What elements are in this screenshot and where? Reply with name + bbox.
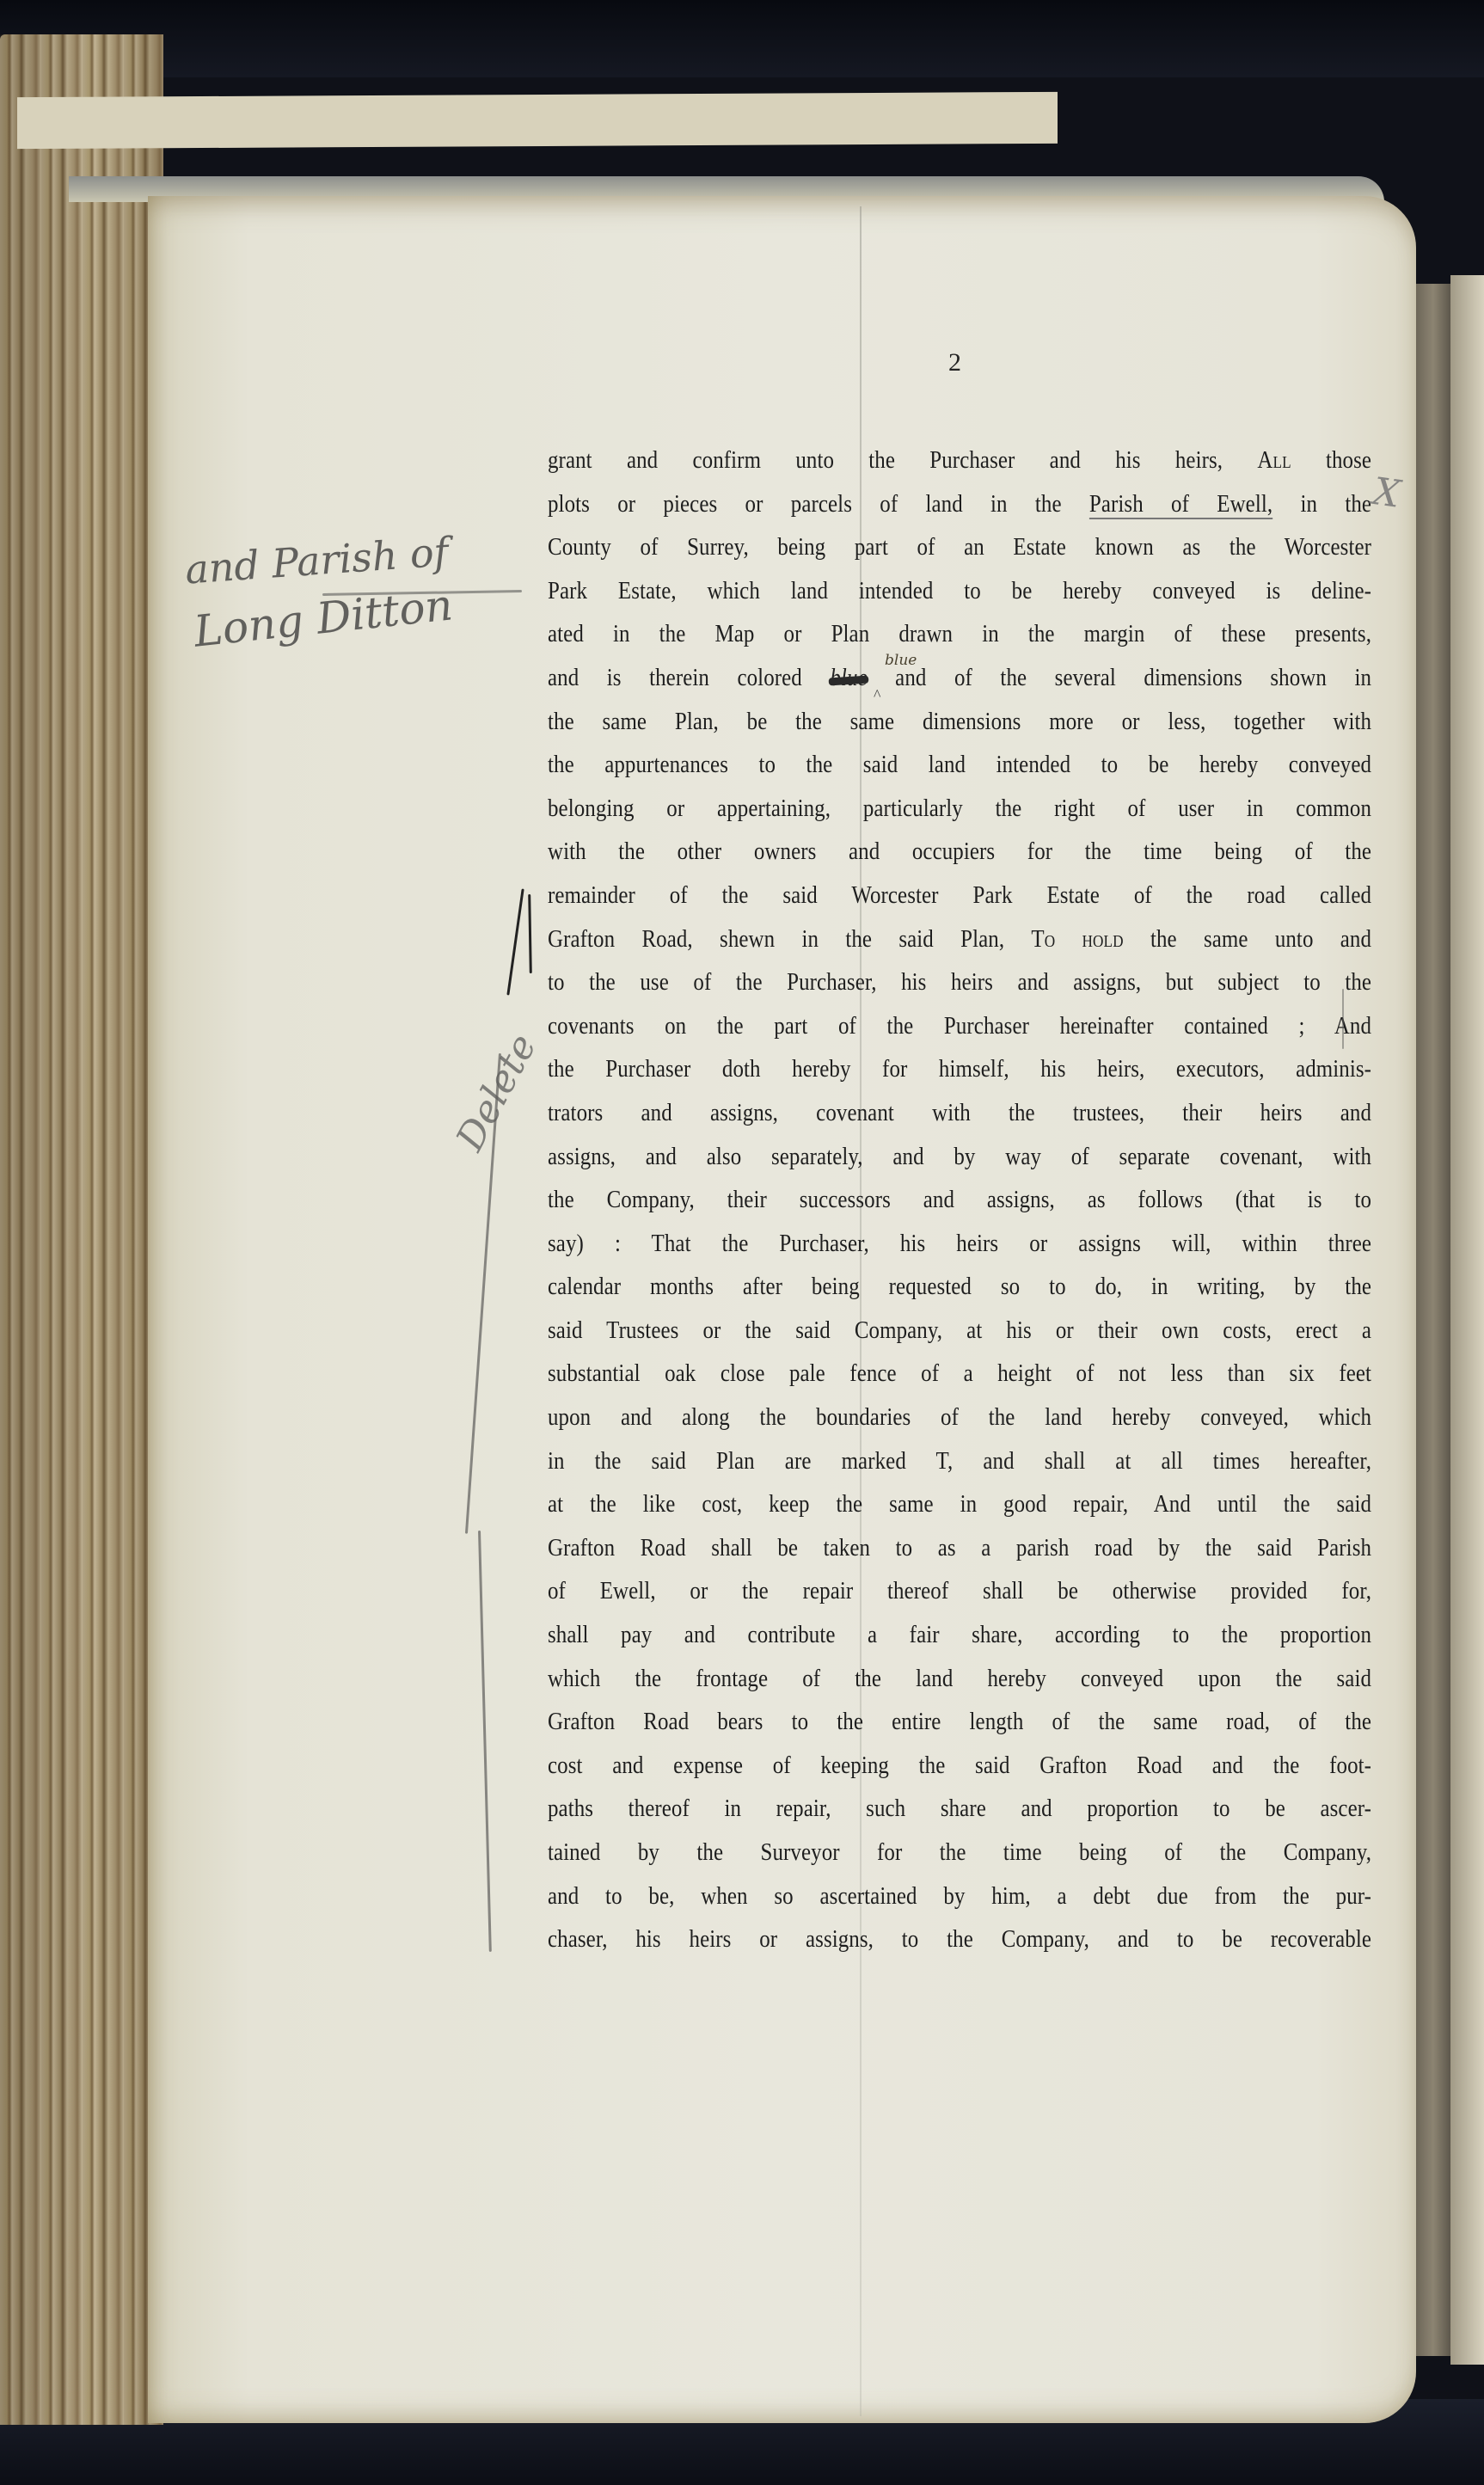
text-span: covenants on the part of the Purchaser h… [548,1012,1371,1040]
text-span: the same Plan, be the same dimensions mo… [548,708,1371,735]
text-line: ated in the Map or Plan drawn in the mar… [548,612,1371,656]
dark-background-top [0,0,1484,77]
text-span: tained by the Surveyor for the time bein… [548,1838,1371,1866]
text-span: to the use of the Purchaser, his heirs a… [548,968,1371,996]
text-span: those [1291,446,1371,474]
text-span: belonging or appertaining, particularly … [548,795,1371,822]
text-span: trators and assigns, covenant with the t… [548,1099,1371,1126]
text-span: ated in the Map or Plan drawn in the mar… [548,620,1371,647]
text-line: Grafton Road shall be taken to as a pari… [548,1526,1371,1570]
next-page-edge [1450,275,1484,2365]
text-span: County of Surrey, being part of an Estat… [548,533,1371,561]
text-line: remainder of the said Worcester Park Est… [548,874,1371,917]
text-span: with the other owners and occupiers for … [548,838,1371,865]
text-span: To hold [1031,925,1123,953]
text-span: cost and expense of keeping the said Gra… [548,1752,1371,1779]
text-line: tained by the Surveyor for the time bein… [548,1831,1371,1874]
text-line: shall pay and contribute a fair share, a… [548,1613,1371,1657]
text-span: chaser, his heirs or assigns, to the Com… [548,1925,1371,1953]
pencil-mark-and [1342,989,1344,1049]
binding-gutter [1416,284,1450,2356]
text-span: of Ewell, or the repair thereof shall be… [548,1577,1371,1605]
text-line: upon and along the boundaries of the lan… [548,1396,1371,1439]
text-line: chaser, his heirs or assigns, to the Com… [548,1917,1371,1961]
struck-word: blue [830,664,867,691]
text-line: paths thereof in repair, such share and … [548,1787,1371,1831]
stacked-page-shading [0,34,163,2425]
text-line: trators and assigns, covenant with the t… [548,1091,1371,1135]
text-span: paths thereof in repair, such share and … [548,1795,1371,1822]
text-span: which the frontage of the land hereby co… [548,1665,1371,1692]
text-line: calendar months after being requested so… [548,1265,1371,1309]
text-span: say) : That the Purchaser, his heirs or … [548,1230,1371,1257]
text-line: covenants on the part of the Purchaser h… [548,1004,1371,1048]
text-span: plots or pieces or parcels of land in th… [548,490,1089,518]
text-line: at the like cost, keep the same in good … [548,1482,1371,1526]
text-line: which the frontage of the land hereby co… [548,1657,1371,1701]
text-span: said Trustees or the said Company, at hi… [548,1316,1371,1344]
text-span: the appurtenances to the said land inten… [548,751,1371,778]
text-span: Grafton Road, shewn in the said Plan, [548,925,1031,953]
text-line: the Company, their successors and assign… [548,1178,1371,1222]
text-line: the appurtenances to the said land inten… [548,743,1371,787]
text-span: the same unto and [1124,925,1371,953]
text-span: upon and along the boundaries of the lan… [548,1403,1371,1431]
text-span: grant and confirm unto the Purchaser and… [548,446,1257,474]
text-span: the Purchaser doth hereby for himself, h… [548,1055,1371,1083]
text-span: calendar months after being requested so… [548,1273,1371,1300]
text-line: plots or pieces or parcels of land in th… [548,482,1371,526]
text-line: said Trustees or the said Company, at hi… [548,1309,1371,1353]
text-line: and to be, when so ascertained by him, a… [548,1874,1371,1918]
text-span: Grafton Road bears to the entire length … [548,1708,1371,1735]
insertion-caret: ^ [874,686,880,704]
text-line: Grafton Road bears to the entire length … [548,1700,1371,1744]
text-span: substantial oak close pale fence of a he… [548,1359,1371,1387]
text-line: Grafton Road, shewn in the said Plan, To… [548,917,1371,961]
text-line: grant and confirm unto the Purchaser and… [548,439,1371,482]
inserted-word: blue [885,652,917,669]
text-span: and of the several dimensions shown in [868,664,1371,691]
text-line: County of Surrey, being part of an Estat… [548,525,1371,569]
text-span: Park Estate, which land intended to be h… [548,577,1371,604]
underlined-phrase: Parish of Ewell, [1089,490,1272,518]
text-span: and is therein colored [548,664,830,691]
text-line: cost and expense of keeping the said Gra… [548,1744,1371,1788]
text-line: Park Estate, which land intended to be h… [548,569,1371,613]
text-span: assigns, and also separately, and by way… [548,1143,1371,1170]
text-span: at the like cost, keep the same in good … [548,1490,1371,1518]
text-line: to the use of the Purchaser, his heirs a… [548,960,1371,1004]
text-span: shall pay and contribute a fair share, a… [548,1621,1371,1648]
text-span: All [1257,446,1291,474]
text-line: of Ewell, or the repair thereof shall be… [548,1569,1371,1613]
text-line: the Purchaser doth hereby for himself, h… [548,1047,1371,1091]
text-line: the same Plan, be the same dimensions mo… [548,700,1371,744]
text-line: say) : That the Purchaser, his heirs or … [548,1222,1371,1266]
printed-text-block: grant and confirm unto the Purchaser and… [548,439,1371,1961]
text-span: and to be, when so ascertained by him, a… [548,1882,1371,1910]
text-line: assigns, and also separately, and by way… [548,1135,1371,1179]
page-number: 2 [948,348,961,377]
text-line: in the said Plan are marked T, and shall… [548,1439,1371,1483]
text-line: and is therein colored blue and of the s… [548,656,1371,700]
text-line: with the other owners and occupiers for … [548,830,1371,874]
underlying-sheet [17,92,1058,149]
text-line: substantial oak close pale fence of a he… [548,1352,1371,1396]
text-span: in the said Plan are marked T, and shall… [548,1447,1371,1475]
text-span: Grafton Road shall be taken to as a pari… [548,1534,1371,1562]
text-span: in the [1272,490,1371,518]
text-span: the Company, their successors and assign… [548,1186,1371,1213]
text-span: remainder of the said Worcester Park Est… [548,881,1371,909]
text-line: belonging or appertaining, particularly … [548,787,1371,831]
